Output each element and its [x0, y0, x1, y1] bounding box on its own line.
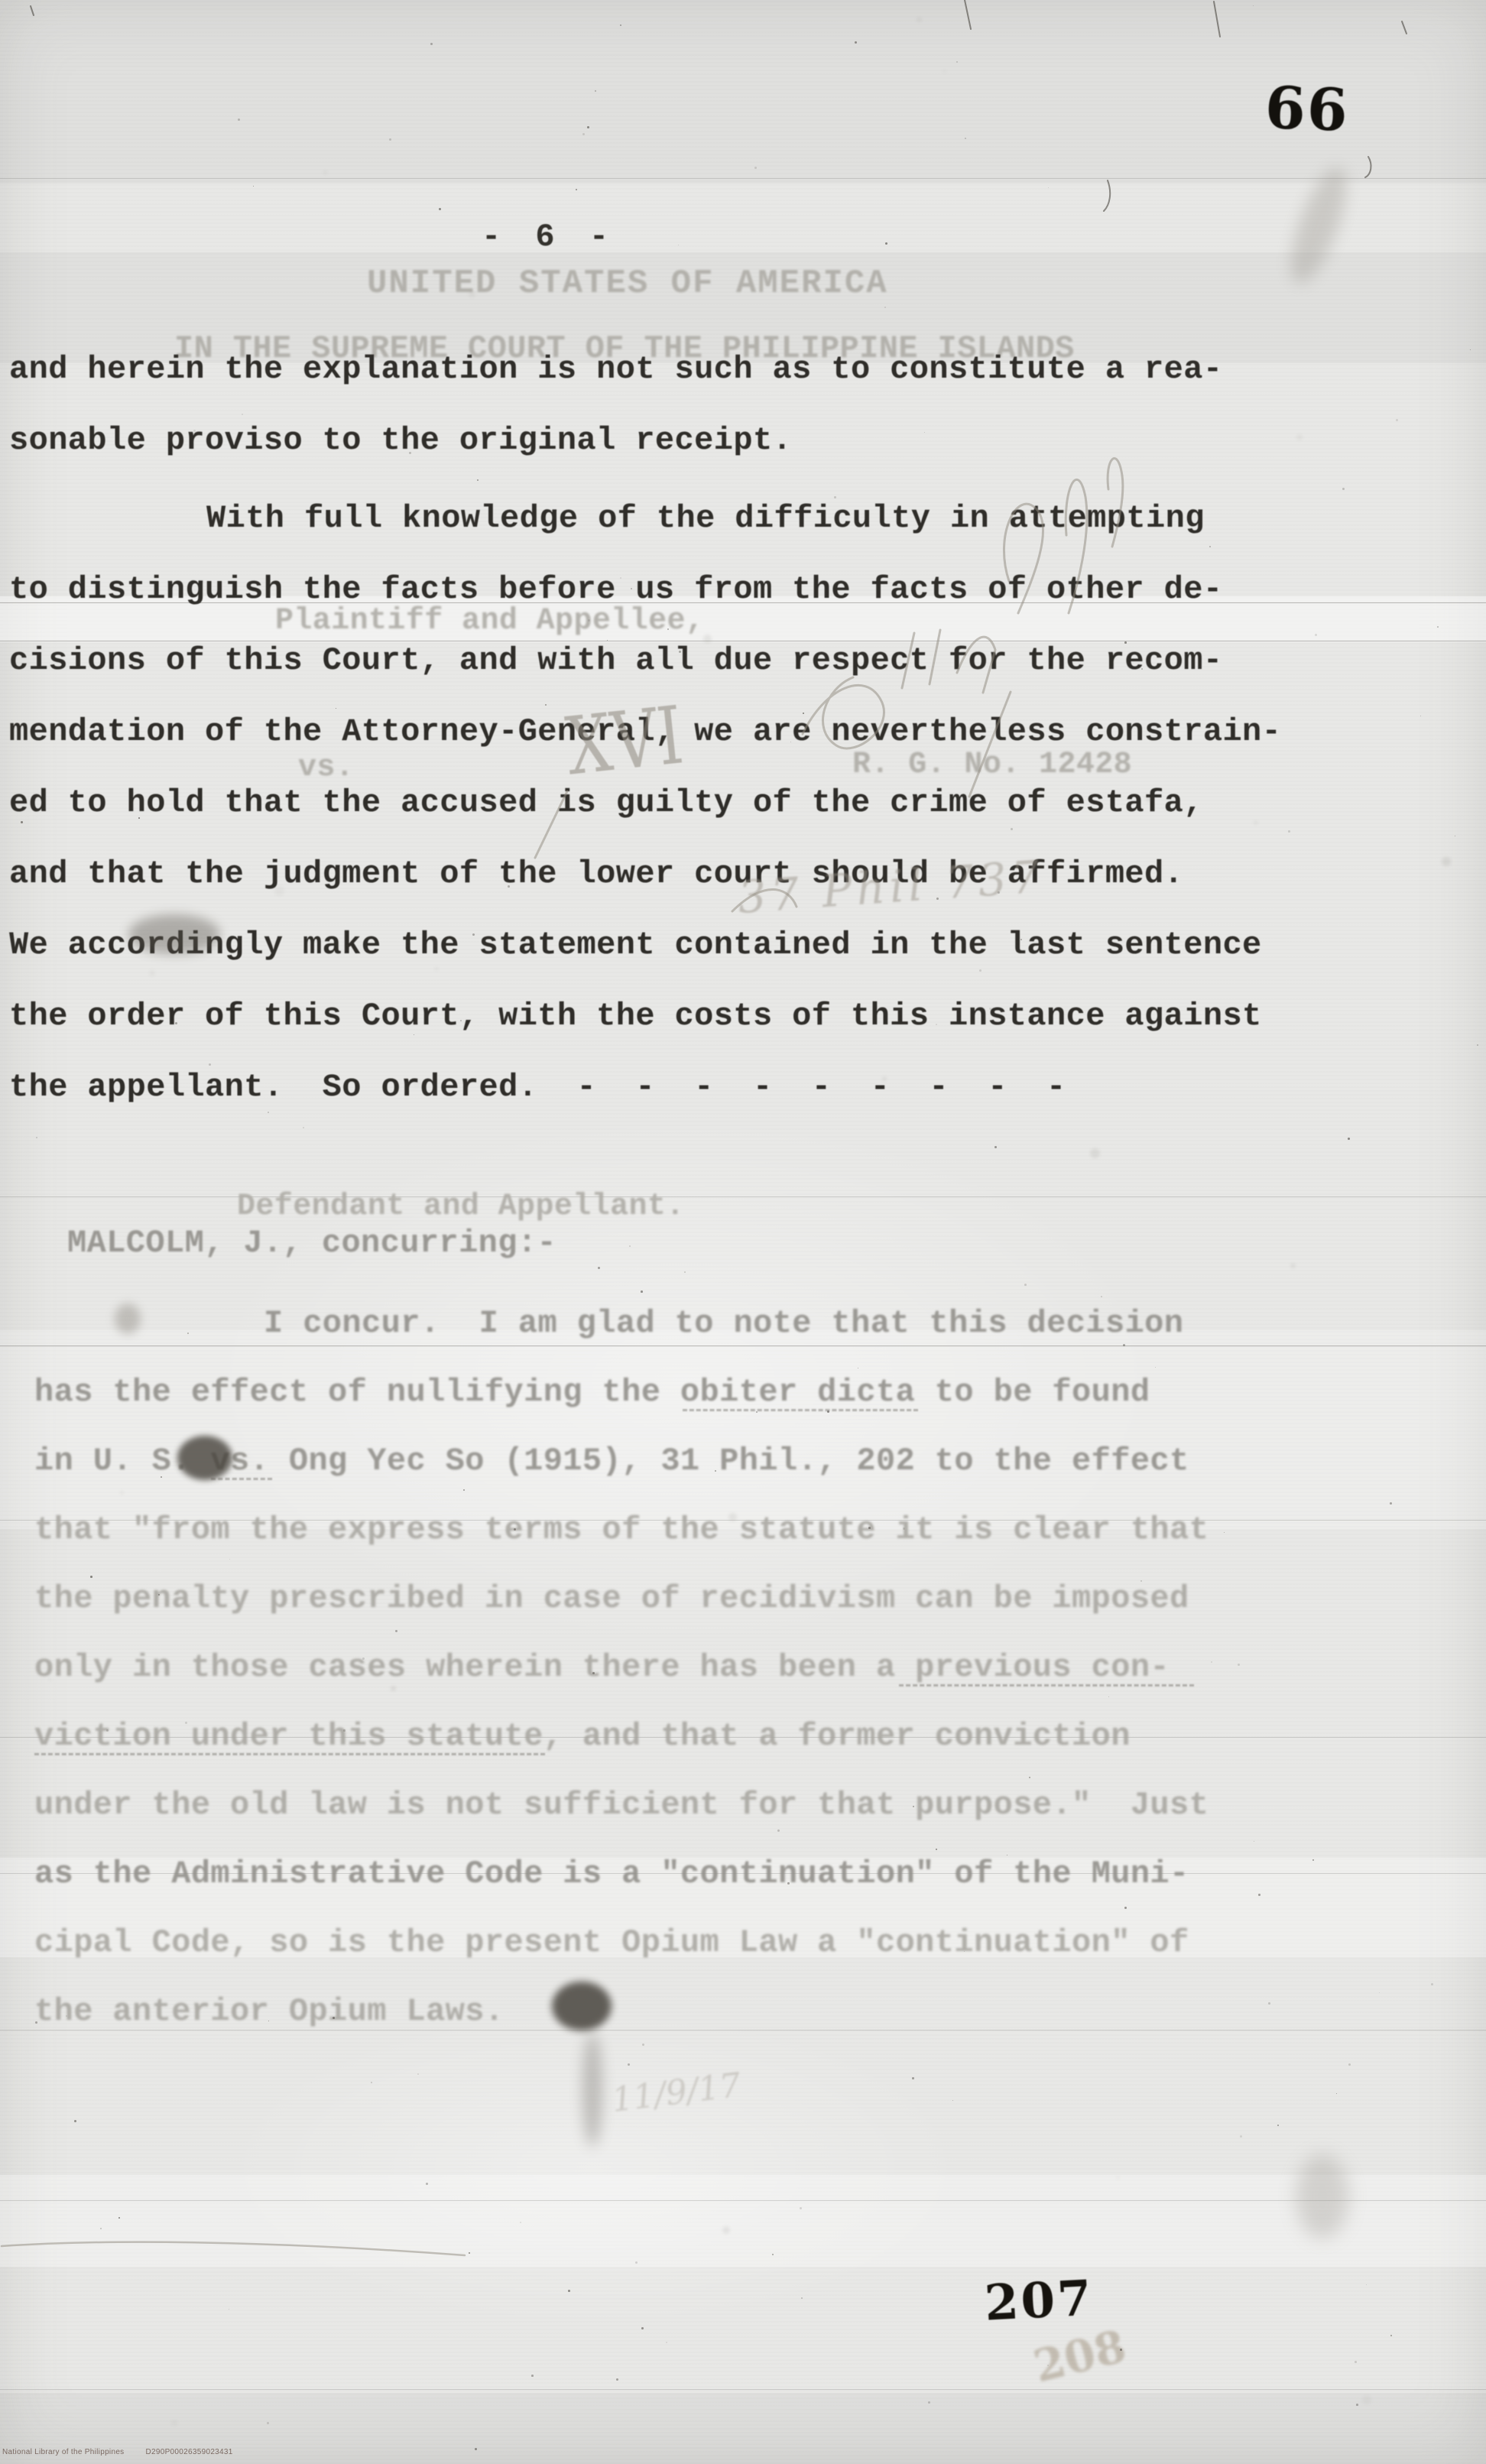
noise-blotch	[943, 70, 946, 73]
noise-speck	[1470, 349, 1471, 350]
typed-line: as the Administrative Code is a "continu…	[34, 1856, 1209, 1925]
typed-line: ed to hold that the accused is guilty of…	[9, 785, 1281, 856]
typed-line: to distinguish the facts before us from …	[9, 572, 1281, 643]
scanline	[0, 2389, 1486, 2390]
noise-speck	[678, 245, 679, 245]
noise-speck	[1101, 1296, 1102, 1297]
noise-speck	[1024, 1284, 1027, 1286]
noise-speck	[1258, 1894, 1261, 1896]
noise-speck	[229, 2309, 229, 2310]
typed-line: only in those cases wherein there has be…	[34, 1650, 1209, 1719]
noise-speck	[1312, 1859, 1314, 1861]
typed-line: that "from the express terms of the stat…	[34, 1512, 1209, 1581]
noise-speck	[666, 2342, 667, 2343]
noise-speck	[389, 138, 391, 141]
noise-speck	[1254, 1841, 1254, 1842]
scanline	[0, 2200, 1486, 2201]
noise-speck	[1253, 5, 1254, 6]
noise-speck	[417, 2073, 419, 2075]
typed-line: and that the judgment of the lower court…	[9, 856, 1281, 927]
noise-speck	[568, 2290, 570, 2292]
noise-blotch	[722, 2226, 730, 2234]
noise-speck	[1420, 716, 1421, 716]
noise-speck	[912, 2077, 914, 2079]
noise-speck	[1437, 626, 1439, 628]
noise-speck	[475, 2448, 477, 2450]
noise-blotch	[1290, 1263, 1296, 1268]
noise-speck	[439, 208, 441, 210]
typed-line: in U. S. vs. Ong Yec So (1915), 31 Phil.…	[34, 1443, 1209, 1512]
noise-speck	[520, 2222, 521, 2223]
noise-speck	[267, 2422, 269, 2424]
noise-speck	[801, 2297, 803, 2299]
handwritten-page-number: 66	[1264, 73, 1350, 144]
typed-line: I concur. I am glad to note that this de…	[34, 1306, 1209, 1375]
bleed-defendant-line: Defendant and Appellant.	[237, 1190, 685, 1224]
noise-blotch	[1090, 1148, 1100, 1158]
bleed-nation-header: UNITED STATES OF AMERICA	[367, 265, 888, 303]
noise-speck	[426, 2183, 428, 2185]
stamp-page-number-ghost: 208	[1029, 2320, 1131, 2392]
noise-speck	[469, 2252, 470, 2254]
noise-speck	[1348, 2063, 1351, 2066]
noise-speck	[1238, 1664, 1240, 1666]
noise-speck	[1431, 1983, 1433, 1985]
noise-speck	[1348, 1138, 1350, 1140]
noise-speck	[952, 2100, 953, 2101]
typed-line: sonable proviso to the original receipt.	[9, 423, 1222, 494]
noise-speck	[595, 90, 596, 92]
typed-line: the order of this Court, with the costs …	[9, 998, 1281, 1070]
typed-line: the penalty prescribed in case of recidi…	[34, 1581, 1209, 1650]
noise-speck	[1356, 2404, 1358, 2406]
tone-band	[0, 0, 1486, 183]
noise-speck	[641, 2327, 644, 2329]
noise-speck	[884, 307, 886, 308]
noise-speck	[628, 2063, 630, 2066]
concurrence-body: I concur. I am glad to note that this de…	[34, 1306, 1209, 2063]
noise-speck	[1315, 634, 1317, 636]
noise-speck	[754, 167, 757, 169]
noise-speck	[1355, 2361, 1357, 2363]
noise-speck	[598, 1267, 600, 1269]
noise-speck	[800, 2207, 802, 2209]
noise-speck	[430, 43, 433, 45]
noise-speck	[885, 242, 887, 245]
noise-speck	[928, 2401, 930, 2404]
scanline	[0, 1196, 1486, 1197]
noise-speck	[1240, 2135, 1242, 2138]
noise-blotch	[1362, 2395, 1371, 2404]
typed-page-marker: - 6 -	[482, 219, 616, 255]
smudge	[1280, 161, 1358, 289]
tone-band	[0, 2175, 1486, 2267]
document-page: 66 - 6 - UNITED STATES OF AMERICA IN THE…	[0, 0, 1486, 2464]
noise-speck	[1390, 1502, 1392, 1505]
noise-speck	[1342, 488, 1345, 490]
typed-line: We accordingly make the statement contai…	[9, 927, 1281, 998]
stamp-page-number: 207	[983, 2269, 1095, 2332]
noise-speck	[118, 2217, 120, 2219]
noise-speck	[1048, 187, 1049, 188]
noise-speck	[772, 2254, 774, 2255]
noise-speck	[587, 126, 589, 128]
noise-speck	[1477, 1044, 1478, 1046]
noise-speck	[1396, 419, 1398, 421]
scanline	[0, 178, 1486, 179]
noise-speck	[100, 2228, 102, 2229]
noise-speck	[1390, 2335, 1392, 2336]
noise-speck	[74, 2120, 76, 2122]
typed-line: and herein the explanation is not such a…	[9, 352, 1222, 423]
archive-footer: National Library of the PhilippinesD290P…	[2, 2448, 233, 2456]
pencil-date-note: 11/9/17	[610, 2066, 744, 2120]
noise-speck	[1211, 1661, 1212, 1663]
noise-speck	[641, 1290, 643, 1293]
typed-line: under the old law is not sufficient for …	[34, 1787, 1209, 1856]
noise-speck	[1379, 1992, 1380, 1993]
noise-speck	[253, 186, 254, 187]
noise-speck	[1366, 2284, 1367, 2285]
typed-line: has the effect of nullifying the obiter …	[34, 1375, 1209, 1443]
noise-speck	[1288, 830, 1290, 833]
noise-speck	[1336, 2093, 1337, 2094]
noise-blotch	[171, 2420, 177, 2426]
noise-speck	[1268, 2002, 1270, 2005]
noise-speck	[684, 1271, 686, 1273]
noise-speck	[629, 1245, 631, 1247]
typed-line: the anterior Opium Laws.	[34, 1994, 1209, 2063]
noise-speck	[635, 2261, 638, 2264]
typed-line: With full knowledge of the difficulty in…	[9, 501, 1281, 572]
concurrence-heading: MALCOLM, J., concurring:-	[67, 1225, 556, 1261]
typed-line: cipal Code, so is the present Opium Law …	[34, 1925, 1209, 1994]
noise-speck	[1277, 2125, 1279, 2126]
noise-speck	[531, 2375, 534, 2377]
typed-line: viction under this statute, and that a f…	[34, 1719, 1209, 1787]
opinion-paragraph-2: With full knowledge of the difficulty in…	[9, 501, 1281, 1141]
noise-speck	[238, 118, 240, 121]
noise-speck	[834, 496, 836, 498]
noise-blotch	[917, 17, 922, 22]
opinion-paragraph-1: and herein the explanation is not such a…	[9, 352, 1222, 494]
noise-speck	[1224, 1532, 1225, 1533]
archive-footer-label: National Library of the Philippines	[2, 2448, 124, 2456]
noise-blotch	[323, 170, 327, 174]
noise-blotch	[1296, 434, 1303, 440]
pencil-roman-numeral: XVI	[562, 688, 687, 793]
noise-speck	[1455, 836, 1455, 836]
noise-blotch	[1116, 2176, 1120, 2180]
noise-blotch	[1442, 857, 1451, 866]
noise-speck	[576, 189, 577, 190]
noise-speck	[616, 2378, 618, 2381]
noise-speck	[956, 61, 958, 63]
smudge	[1296, 2154, 1349, 2238]
archive-footer-code: D290P00026359023431	[145, 2448, 232, 2456]
noise-speck	[965, 138, 966, 139]
noise-speck	[620, 24, 621, 26]
noise-speck	[855, 41, 857, 44]
noise-speck	[371, 2082, 372, 2083]
noise-speck	[994, 1146, 997, 1148]
noise-speck	[582, 133, 585, 135]
typed-line: the appellant. So ordered. - - - - - - -…	[9, 1070, 1281, 1141]
